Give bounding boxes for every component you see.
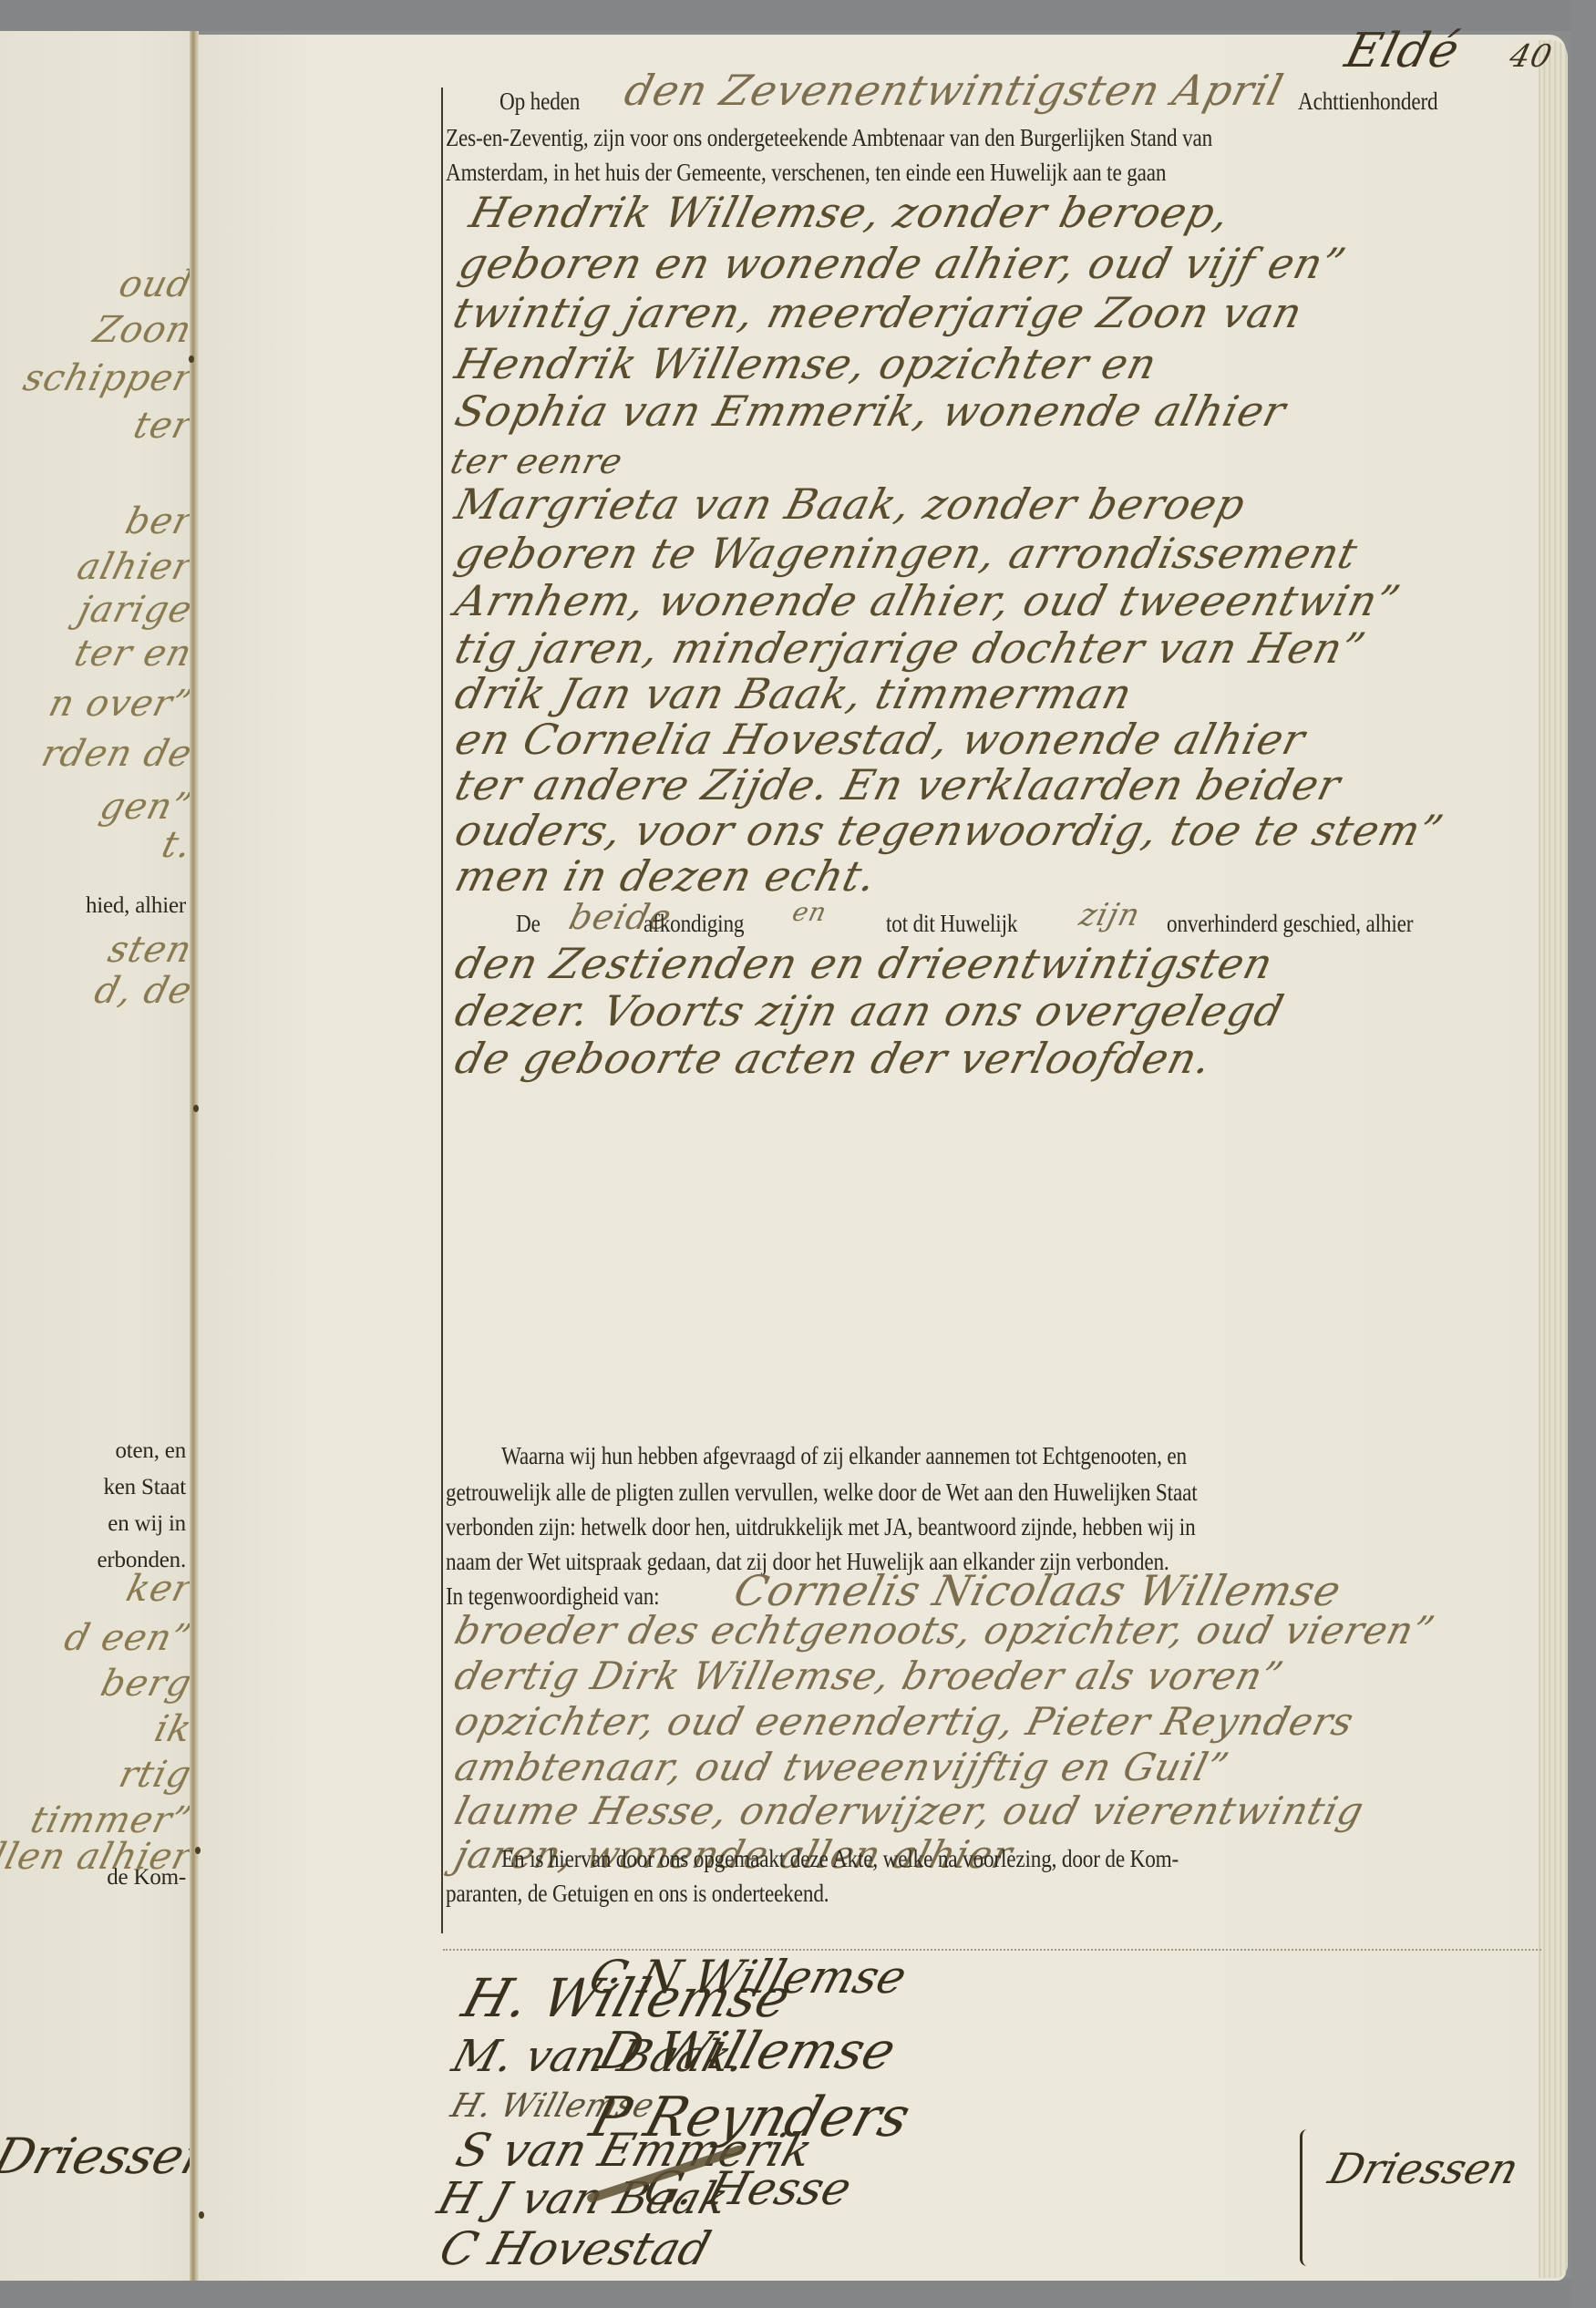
printed-line: paranten, de Getuigen en ons is ondertee… — [446, 1880, 829, 1908]
scan-background-bottom — [0, 2279, 1596, 2308]
binding-hole — [193, 1105, 199, 1112]
left-hand-line: ik — [150, 1708, 193, 1750]
handwritten-line: laume Hesse, onderwijzer, oud vierentwin… — [450, 1788, 1369, 1833]
printed-line: En is hiervan door ons opgemaakt deze Ak… — [501, 1845, 1179, 1873]
handwritten-line: en Cornelia Hovestad, wonende alhier — [450, 715, 1311, 764]
handwritten-line: tig jaren, minderjarige dochter van Hen” — [450, 623, 1371, 673]
signature-witness-2: D Willemse — [592, 2022, 902, 2081]
left-hand-line: ter en — [70, 633, 193, 675]
left-hand-line: oud — [115, 263, 193, 305]
left-hand-line: ter — [129, 405, 193, 447]
handwritten-line: broeder des echtgenoots, opzichter, oud … — [450, 1608, 1439, 1653]
left-printed-line: hied, alhier — [86, 893, 186, 919]
printed-rest: onverhinderd geschied, alhier — [1167, 910, 1413, 938]
handwritten-line: opzichter, oud eenendertig, Pieter Reynd… — [450, 1699, 1359, 1744]
book-gutter — [190, 31, 199, 2281]
left-printed-line: en wij in — [108, 1511, 186, 1537]
binding-hole — [199, 2211, 204, 2219]
folio-mark: Eldé — [1340, 24, 1466, 78]
left-hand-line: alhier — [73, 546, 193, 588]
handwritten-line: ter eenre — [447, 441, 627, 481]
printed-afkondiging: afkondiging — [644, 910, 744, 938]
handwritten-line: dezer. Voorts zijn aan ons overgelegd — [450, 986, 1289, 1036]
left-printed-line: ken Staat — [103, 1475, 186, 1500]
handwritten-line: drik Jan van Baak, timmerman — [450, 669, 1138, 718]
left-page: oud Zoon schipper ter ber alhier jarige … — [0, 31, 193, 2281]
scan-background-right — [1571, 0, 1596, 2308]
signature-official: Driessen — [1323, 2144, 1524, 2193]
handwritten-line: geboren te Wageningen, arrondissement — [450, 529, 1363, 578]
handwritten-line: dertig Dirk Willemse, broeder als voren” — [450, 1654, 1288, 1698]
left-hand-line: berg — [97, 1663, 193, 1705]
margin-rule — [441, 88, 443, 1933]
handwritten-line: den Zestienden en drieentwintigsten — [450, 939, 1279, 988]
left-hand-line: gen” — [96, 786, 194, 828]
left-hand-line: ber — [121, 500, 193, 542]
printed-line: verbonden zijn: hetwelk door hen, uitdru… — [446, 1513, 1196, 1541]
handwritten-date: den Zevenentwintigsten April — [620, 66, 1289, 115]
left-printed-line: de Kom- — [107, 1865, 186, 1891]
left-hand-line: d een” — [60, 1617, 193, 1659]
signature-witness-3: P Reynders — [583, 2086, 917, 2149]
handwritten-line: Arnhem, wonende alhier, oud tweeentwin” — [450, 576, 1406, 625]
handwritten-line: Sophia van Emmerik, wonende alhier — [450, 386, 1292, 436]
printed-op-heden: Op heden — [499, 88, 580, 116]
page-edge-stack — [1539, 40, 1568, 2278]
handwritten-line: geboren en wonende alhier, oud vijf en” — [454, 239, 1351, 288]
printed-line: Amsterdam, in het huis der Gemeente, ver… — [446, 159, 1166, 187]
handwritten-line: Hendrik Willemse, opzichter en — [450, 339, 1162, 388]
signature-mother-bride: C Hovestad — [434, 2222, 716, 2275]
left-hand-line: t. — [158, 824, 193, 866]
handwritten-line: Margrieta van Baak, zonder beroep — [450, 479, 1251, 529]
witness-label: In tegenwoordigheid van: — [446, 1582, 659, 1611]
handwritten-zijn: zijn — [1076, 897, 1144, 933]
printed-de: De — [516, 910, 541, 938]
handwritten-line: ter andere Zijde. En verklaarden beider — [450, 760, 1346, 809]
handwritten-line: ouders, voor ons tegenwoordig, toe te st… — [450, 806, 1448, 855]
left-hand-line: n over” — [45, 683, 193, 725]
printed-line: Zes-en-Zeventig, zijn voor ons ondergete… — [446, 124, 1212, 152]
handwritten-line: twintig jaren, meerderjarige Zoon van — [448, 288, 1308, 337]
binding-hole — [189, 355, 194, 363]
printed-line: getrouwelijk alle de pligten zullen verv… — [446, 1479, 1197, 1507]
left-hand-line: jarige — [74, 589, 193, 631]
left-hand-line: Zoon — [89, 309, 193, 351]
left-official-signature: Driessen — [0, 2128, 193, 2185]
binding-hole — [195, 1847, 201, 1854]
signature-brace — [1300, 2129, 1319, 2266]
left-hand-line: ker — [122, 1568, 193, 1610]
printed-line: Waarna wij hun hebben afgevraagd of zij … — [501, 1442, 1187, 1470]
handwritten-line: Hendrik Willemse, zonder beroep, — [465, 188, 1235, 237]
left-hand-line: d, de — [90, 970, 193, 1012]
printed-tot-dit-huwelijk: tot dit Huwelijk — [886, 910, 1017, 938]
handwritten-line: men in dezen echt. — [450, 851, 882, 901]
left-printed-line: oten, en — [115, 1438, 186, 1464]
left-hand-line: rden de — [37, 733, 193, 775]
printed-year-part: Achttienhonderd — [1298, 88, 1437, 116]
left-hand-line: schipper — [19, 357, 194, 399]
signature-witness-1: C N Willemse — [583, 1951, 912, 2004]
handwritten-line: ambtenaar, oud tweeenvijftig en Guil” — [450, 1745, 1233, 1789]
left-hand-line: sten — [104, 929, 193, 971]
handwritten-line: de geboorte acten der verloofden. — [450, 1034, 1217, 1083]
left-hand-line: rtig — [115, 1754, 193, 1796]
